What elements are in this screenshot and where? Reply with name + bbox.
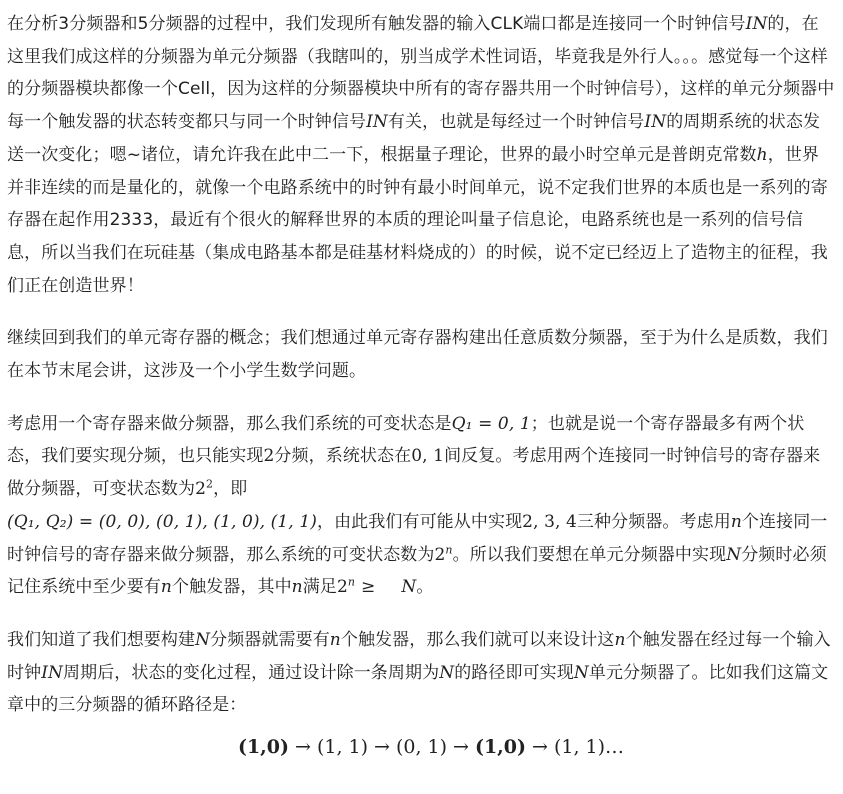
exponent: n (348, 576, 355, 589)
text: 满足 (303, 577, 337, 597)
math-power-2-2: 22 (195, 479, 213, 499)
text: 考虑用一个寄存器来做分频器，那么我们系统的可变状态是 (7, 414, 452, 434)
math-n: n (731, 512, 742, 532)
math-n: n (330, 630, 341, 650)
math-geq: ≥ (361, 577, 375, 597)
text: 。 (416, 577, 433, 597)
text: ，即 (213, 479, 247, 499)
math-two-register-states: (Q₁, Q₂) = (0, 0), (0, 1), (1, 0), (1, 1… (7, 512, 317, 532)
math-IN: IN (41, 663, 63, 683)
math-N: N (401, 577, 416, 597)
math-N: N (439, 663, 454, 683)
state-1-0: (1,0) (475, 736, 526, 758)
math-N: N (195, 630, 210, 650)
state-1-1: (1, 1) (317, 736, 368, 758)
text: 三种分频器。考虑用 (577, 512, 731, 532)
text: ，世界并非连续的而是量化的，就像一个电路系统中的时钟有最小时间单元，说不定我们世… (7, 145, 828, 296)
text: 的路径即可实现 (454, 663, 574, 683)
text: 在分析3分频器和5分频器的过程中，我们发现所有触发器的输入CLK端口都是连接同一… (7, 14, 746, 34)
text: 个触发器，那么我们就可以来设计这 (341, 630, 615, 650)
math-power-2-n: 2n (337, 577, 355, 597)
paragraph-register-states: 考虑用一个寄存器来做分频器，那么我们系统的可变状态是Q₁ = 0, 1；也就是说… (7, 408, 835, 604)
math-N: N (574, 663, 589, 683)
math-n: n (614, 630, 625, 650)
base: 2 (435, 545, 446, 565)
math-zero-one: 0, 1 (411, 446, 444, 466)
arrow-icon: → (532, 736, 548, 758)
text: 我们知道了我们想要构建 (7, 630, 195, 650)
math-divisors: 2, 3, 4 (522, 512, 577, 532)
arrow-icon: → (453, 736, 469, 758)
text: 有关，也就是每经过一个时钟信号 (388, 112, 645, 132)
math-N: N (726, 545, 741, 565)
math-h: h (757, 145, 768, 165)
base: 2 (337, 577, 348, 597)
math-IN: IN (366, 112, 388, 132)
paragraph-unit-register-concept: 继续回到我们的单元寄存器的概念；我们想通过单元寄存器构建出任意质数分频器，至于为… (7, 322, 835, 387)
base: 2 (195, 479, 206, 499)
state-1-0: (1,0) (238, 736, 289, 758)
math-two: 2 (264, 446, 275, 466)
state-0-1: (0, 1) (396, 736, 447, 758)
math-power-2-n: 2n (435, 545, 453, 565)
math-IN: IN (644, 112, 666, 132)
text: 。所以我们要想在单元分频器中实现 (453, 545, 727, 565)
paragraph-design-path: 我们知道了我们想要构建N分频器就需要有n个触发器，那么我们就可以来设计这n个触发… (7, 624, 835, 722)
math-n: n (292, 577, 303, 597)
math-n: n (161, 577, 172, 597)
math-IN: IN (746, 14, 768, 34)
arrow-icon: → (295, 736, 311, 758)
cycle-path-formula: (1,0)→(1, 1)→(0, 1)→(1,0)→(1, 1)… (7, 736, 835, 758)
paragraph-unit-divider-intro: 在分析3分频器和5分频器的过程中，我们发现所有触发器的输入CLK端口都是连接同一… (7, 8, 835, 302)
state-1-1: (1, 1) (554, 736, 605, 758)
arrow-icon: → (374, 736, 390, 758)
ellipsis: … (605, 736, 624, 758)
math-q1-states: Q₁ = 0, 1 (452, 414, 531, 434)
text: ，由此我们有可能从中实现 (317, 512, 522, 532)
text: 周期后，状态的变化过程，通过设计除一条周期为 (63, 663, 439, 683)
exponent: n (445, 543, 452, 556)
text: 个触发器，其中 (172, 577, 292, 597)
text: 分频器就需要有 (210, 630, 330, 650)
text: 分频，系统状态在 (274, 446, 411, 466)
article-body: 在分析3分频器和5分频器的过程中，我们发现所有触发器的输入CLK端口都是连接同一… (0, 0, 843, 758)
